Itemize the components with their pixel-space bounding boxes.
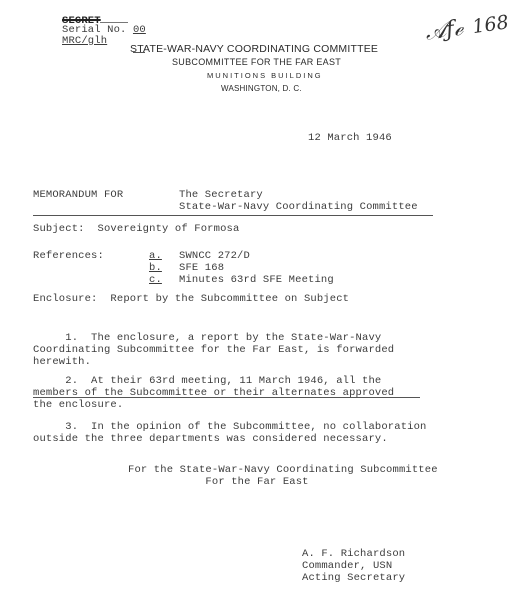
references-letters: a. b. c. — [149, 250, 162, 286]
reference-item: SWNCC 272/D — [179, 250, 250, 262]
signatory-rank: Commander, USN — [302, 560, 392, 572]
references-label: References: — [33, 250, 104, 262]
paragraph-1: 1. The enclosure, a report by the State-… — [33, 332, 394, 368]
paragraph-line: Coordinating Subcommittee for the Far Ea… — [33, 344, 394, 356]
reference-item: SFE 168 — [179, 262, 224, 274]
paragraph-line: 3. In the opinion of the Subcommittee, n… — [33, 421, 427, 433]
reference-item: Minutes 63rd SFE Meeting — [179, 274, 334, 286]
enclosure-text: Report by the Subcommittee on Subject — [110, 293, 349, 305]
initials-value: MRC/glh — [62, 35, 107, 47]
paragraph-line: 2. At their 63rd meeting, 11 March 1946,… — [33, 375, 381, 387]
signatory-name: A. F. Richardson — [302, 548, 405, 560]
subject-line: Subject: Sovereignty of Formosa — [33, 223, 239, 235]
signatory-title: Acting Secretary — [302, 572, 405, 584]
handwritten-annotation: 𝒜ƒℯ168 — [424, 9, 510, 45]
memo-recipient-line2: State-War-Navy Coordinating Committee — [179, 201, 418, 213]
handwritten-number: 168 — [471, 11, 510, 38]
reference-letter: c. — [149, 274, 162, 286]
reference-initials: MRC/glh — [62, 35, 107, 47]
memo-divider — [33, 215, 433, 216]
letterhead-subcommittee: SUBCOMMITTEE FOR THE FAR EAST — [172, 57, 341, 67]
letterhead-committee: STATE-WAR-NAVY COORDINATING COMMITTEE — [130, 43, 378, 55]
memo-for-label: MEMORANDUM FOR — [33, 189, 123, 201]
closing-line: For the State-War-Navy Coordinating Subc… — [128, 464, 438, 476]
serial-value: 00 — [133, 24, 146, 36]
paragraph-2-underline — [33, 397, 420, 398]
paragraph-line: 1. The enclosure, a report by the State-… — [33, 332, 381, 344]
subject-label: Subject: — [33, 223, 85, 235]
letterhead-city: WASHINGTON, D. C. — [221, 84, 302, 93]
paragraph-line: herewith. — [33, 356, 91, 368]
classification-dash — [100, 22, 128, 23]
memo-recipient-line1: The Secretary — [179, 189, 263, 201]
letterhead-dash — [133, 52, 145, 53]
enclosure-line: Enclosure: Report by the Subcommittee on… — [33, 293, 349, 305]
paragraph-2: 2. At their 63rd meeting, 11 March 1946,… — [33, 375, 394, 411]
paragraph-3: 3. In the opinion of the Subcommittee, n… — [33, 421, 427, 445]
reference-letter: b. — [149, 262, 162, 274]
paragraph-line: the enclosure. — [33, 399, 123, 411]
enclosure-label: Enclosure: — [33, 293, 98, 305]
letterhead-building: MUNITIONS BUILDING — [207, 71, 323, 80]
paragraph-line: outside the three departments was consid… — [33, 433, 388, 445]
document-date: 12 March 1946 — [308, 132, 392, 144]
reference-letter: a. — [149, 250, 162, 262]
closing-block: For the State-War-Navy Coordinating Subc… — [128, 464, 438, 488]
references-list: SWNCC 272/D SFE 168 Minutes 63rd SFE Mee… — [179, 250, 334, 286]
signature-block: A. F. Richardson Commander, USN Acting S… — [302, 548, 405, 584]
handwritten-scribble-icon: 𝒜ƒℯ — [424, 16, 465, 46]
subject-text: Sovereignty of Formosa — [98, 223, 240, 235]
closing-line: For the Far East — [128, 476, 309, 488]
